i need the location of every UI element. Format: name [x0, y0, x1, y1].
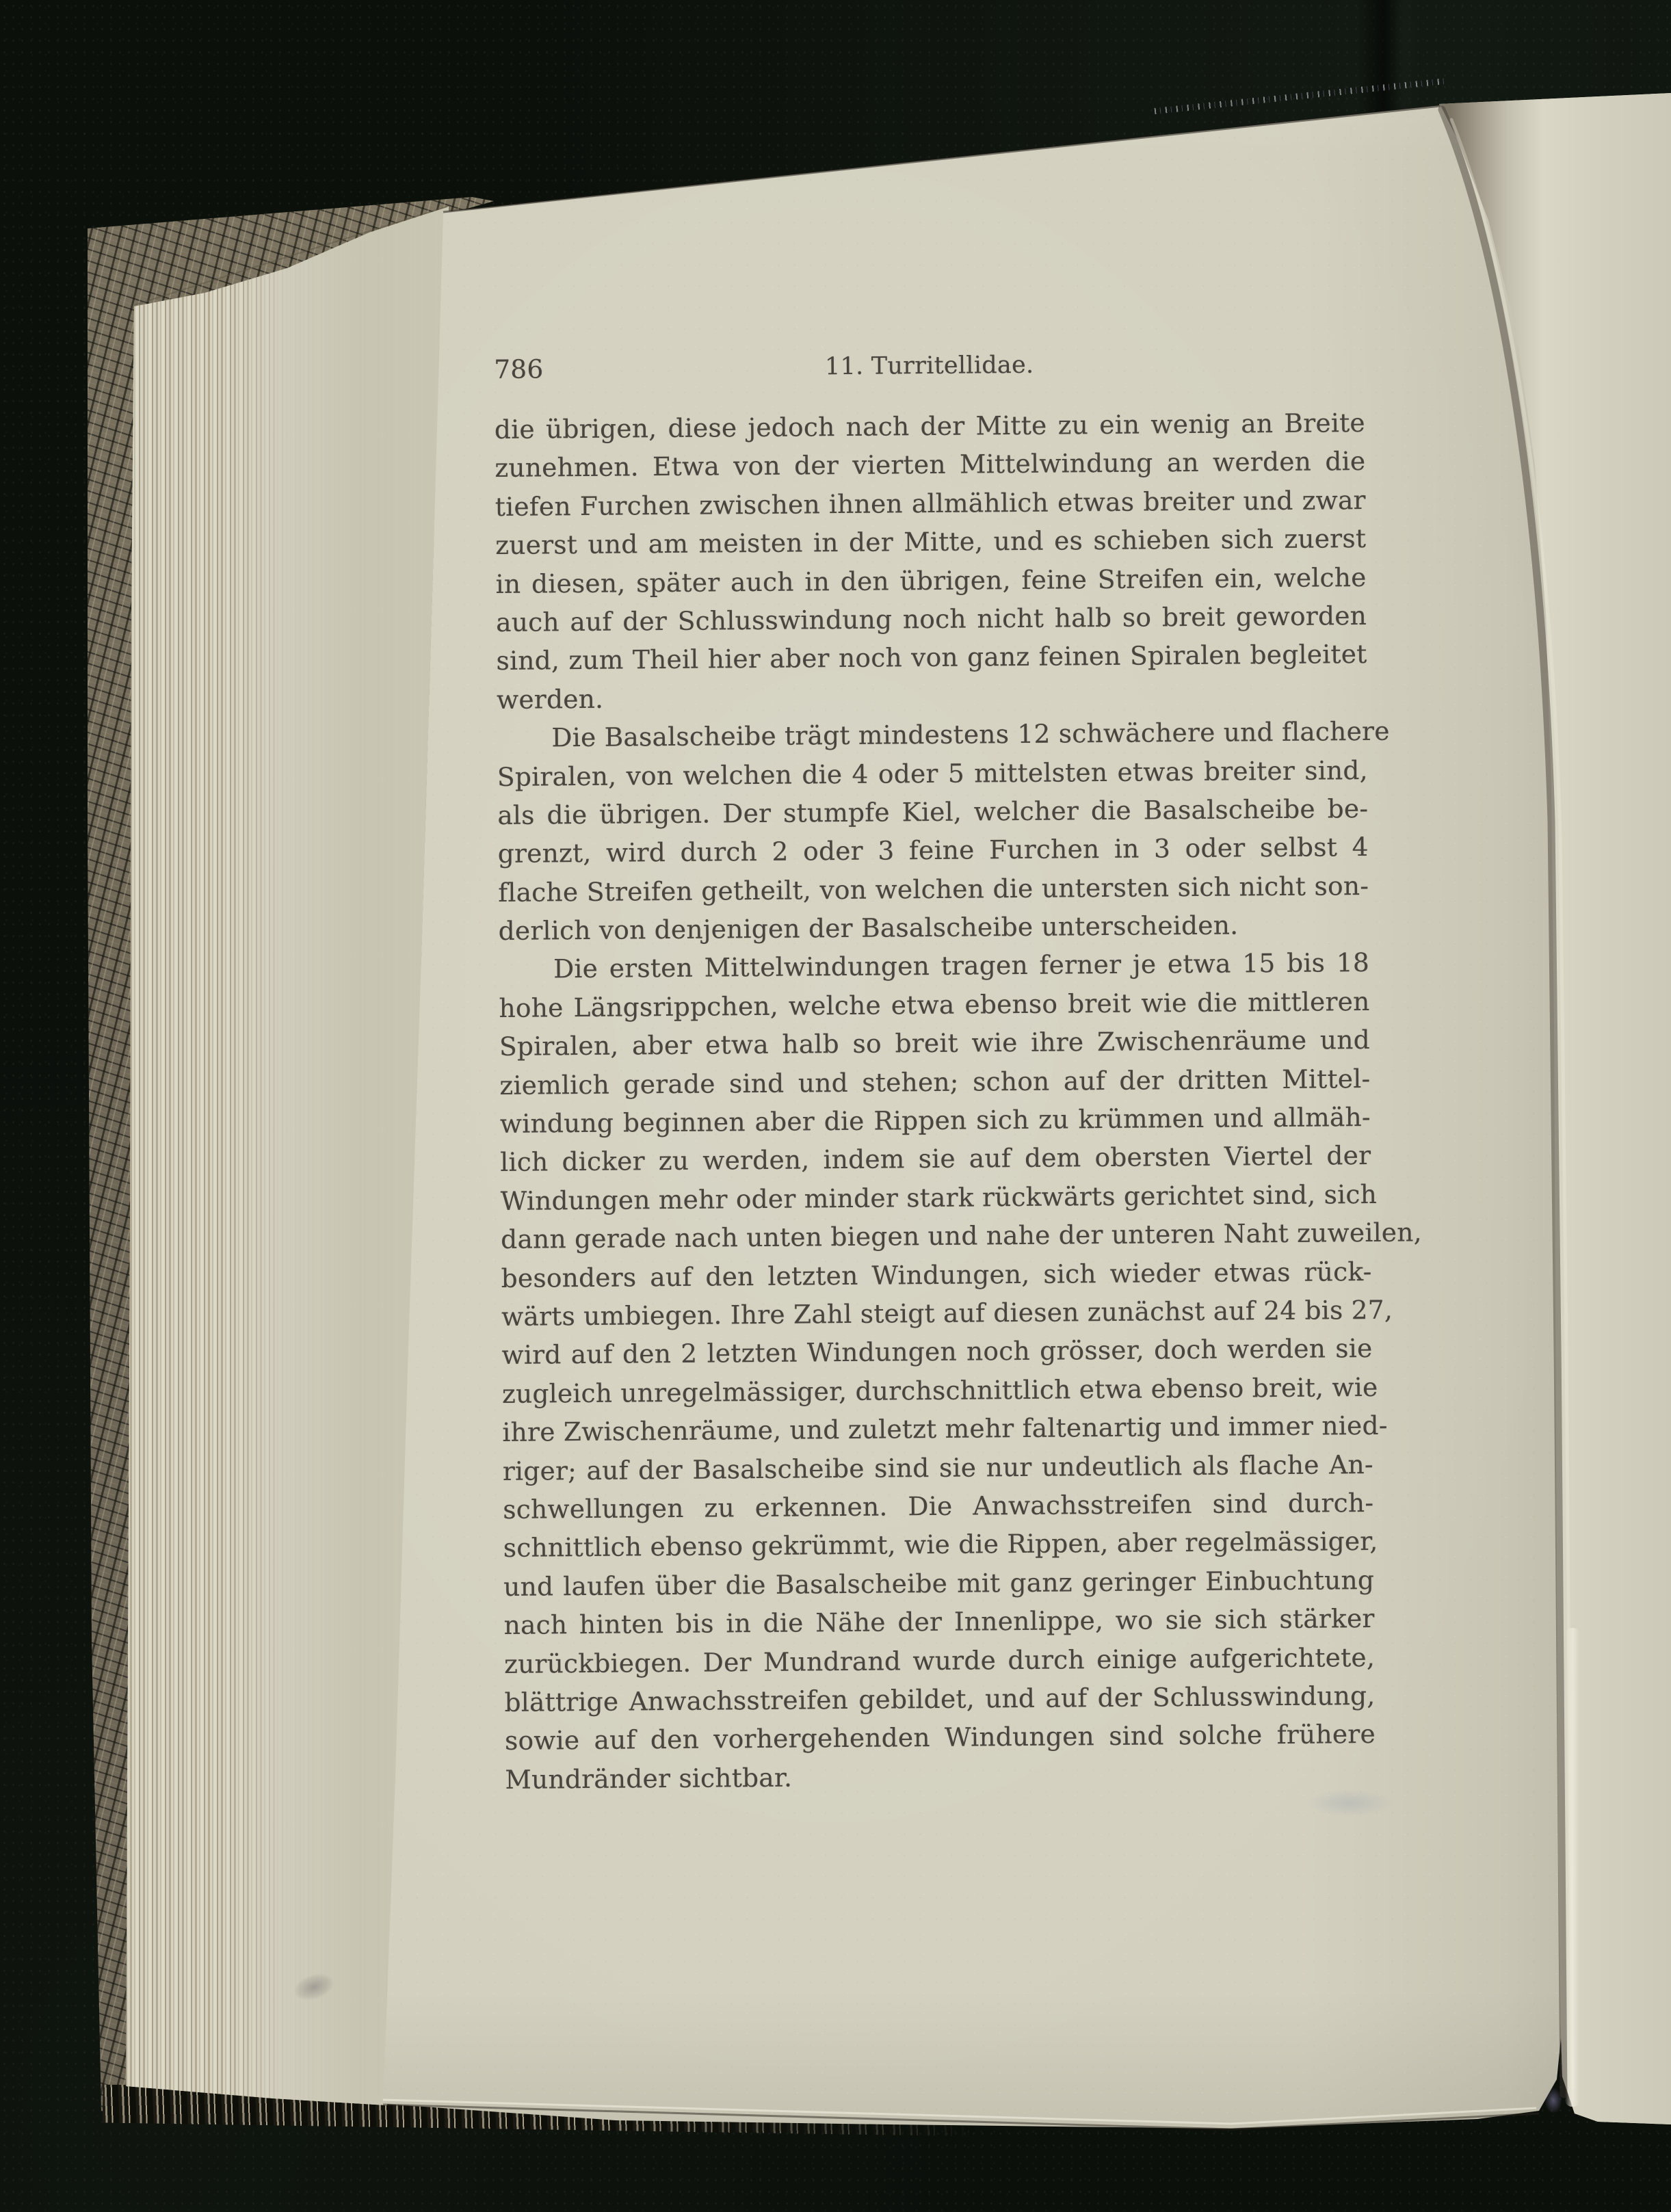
text-line: und laufen über die Basalscheibe mit gan… [503, 1561, 1374, 1606]
text-line: hohe Längsrippchen, welche etwa ebenso b… [499, 982, 1369, 1027]
text-line: lich dicker zu werden, indem sie auf dem… [500, 1136, 1371, 1181]
text-line: zurückbiegen. Der Mundrand wurde durch e… [504, 1637, 1375, 1683]
text-line: Windungen mehr oder minder stark rückwär… [501, 1175, 1371, 1220]
text-line: schwellungen zu erkennen. Die Anwachsstr… [503, 1484, 1373, 1529]
facing-page-fold-highlight [1565, 1628, 1580, 2107]
text-line: auch auf der Schlusswindung noch nicht h… [496, 596, 1367, 642]
running-header: 786 11. Turritellidae. [494, 343, 1365, 389]
text-line: dann gerade nach unten biegen und nahe d… [501, 1213, 1371, 1259]
text-line: schnittlich ebenso gekrümmt, wie die Rip… [503, 1522, 1374, 1567]
text-line: derlich von denjenigen der Basalscheibe … [498, 905, 1369, 950]
text-line: zugleich unregelmässiger, durchschnittli… [502, 1368, 1373, 1413]
spine-shadow [1358, 0, 1423, 116]
text-line: riger; auf der Basalscheibe sind sie nur… [503, 1445, 1373, 1490]
text-line: Die ersten Mittelwindungen tragen ferner… [499, 943, 1369, 988]
text-block: 786 11. Turritellidae. die übrigen, dies… [494, 343, 1376, 1799]
text-line: nach hinten bis in die Nähe der Innenlip… [503, 1599, 1374, 1644]
text-line: besonders auf den letzten Windungen, sic… [501, 1252, 1371, 1298]
text-line: Spiralen, von welchen die 4 oder 5 mitte… [497, 750, 1368, 795]
text-line: flache Streifen getheilt, von welchen di… [498, 867, 1369, 912]
text-line: die übrigen, diese jedoch nach der Mitte… [495, 404, 1365, 449]
text-line: zunehmen. Etwa von der vierten Mittelwin… [495, 442, 1365, 487]
text-line: Spiralen, aber etwa halb so breit wie ih… [499, 1021, 1370, 1066]
text-line: ziemlich gerade sind und stehen; schon a… [499, 1059, 1370, 1105]
chapter-title: 11. Turritellidae. [494, 343, 1365, 389]
text-line: wird auf den 2 letzten Windungen noch gr… [501, 1329, 1372, 1374]
text-line: Die Basalscheibe trägt mindestens 12 sch… [497, 712, 1367, 757]
text-line: werden. [497, 674, 1367, 719]
text-line: blättrige Anwachsstreifen gebildet, und … [504, 1676, 1375, 1722]
text-line: grenzt, wird durch 2 oder 3 feine Furche… [498, 828, 1369, 873]
body-text: die übrigen, diese jedoch nach der Mitte… [495, 404, 1376, 1799]
text-line: zuerst und am meisten in der Mitte, und … [495, 519, 1366, 564]
text-line: als die übrigen. Der stumpfe Kiel, welch… [497, 789, 1368, 834]
book-scan: 786 11. Turritellidae. die übrigen, dies… [0, 0, 1671, 2212]
text-line: sind, zum Theil hier aber noch von ganz … [496, 635, 1367, 680]
paragraph: die übrigen, diese jedoch nach der Mitte… [495, 404, 1368, 719]
text-line: wärts umbiegen. Ihre Zahl steigt auf die… [501, 1291, 1372, 1336]
text-line: sowie auf den vorhergehenden Windungen s… [505, 1715, 1376, 1760]
text-line: tiefen Furchen zwischen ihnen allmählich… [495, 481, 1366, 526]
text-line: windung beginnen aber die Rippen sich zu… [500, 1098, 1371, 1143]
gutter-fiber [1544, 2088, 1562, 2114]
text-line: ihre Zwischenräume, und zuletzt mehr fal… [502, 1406, 1373, 1451]
paragraph: Die Basalscheibe trägt mindestens 12 sch… [497, 712, 1369, 950]
text-line: Mundränder sichtbar. [505, 1754, 1376, 1799]
text-line: in diesen, später auch in den übrigen, f… [495, 558, 1366, 603]
paragraph: Die ersten Mittelwindungen tragen ferner… [499, 943, 1376, 1799]
ink-bleed-mark [1305, 1789, 1394, 1817]
